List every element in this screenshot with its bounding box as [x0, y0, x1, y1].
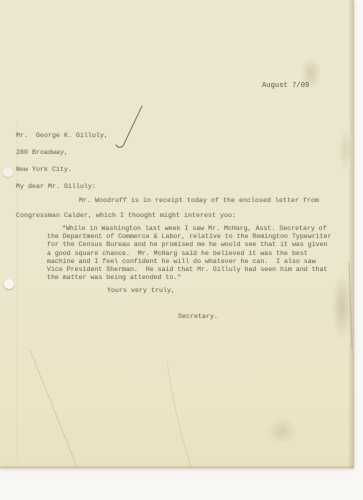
paper-stain: [260, 412, 304, 450]
letter-date: August 7/09: [262, 82, 309, 90]
closing-phrase: Yours very truly,: [107, 287, 175, 295]
quote-line: the matter was being attended to.": [47, 274, 347, 282]
quote-line: for the Census Bureau and he promised me…: [47, 241, 347, 249]
letter-paper-sheet: August 7/09 Mr. George K. Gilluly, 280 B…: [0, 0, 354, 468]
body-opening-line-2: Congressman Calder, which I thought migh…: [16, 212, 236, 220]
recipient-address-street: 280 Broadway,: [16, 149, 68, 157]
quote-line: a good square chance. Mr. McHarg said he…: [47, 250, 347, 258]
quote-line: "While in Washington last week I saw Mr.…: [47, 225, 347, 233]
quote-line: Vice President Sherman. He said that Mr.…: [47, 266, 347, 274]
checkmark-icon: [112, 100, 146, 152]
quote-line: machine and I feel confident he will do …: [47, 258, 347, 266]
paper-stain: [336, 120, 354, 180]
punch-hole: [3, 167, 13, 177]
recipient-name: Mr. George K. Gilluly,: [16, 132, 108, 140]
punch-hole: [4, 279, 14, 289]
quoted-enclosure-paragraph: "While in Washington last week I saw Mr.…: [47, 225, 347, 282]
salutation: My dear Mr. Gilluly:: [16, 183, 96, 191]
body-opening-line-1: Mr. Woodruff is in receipt today of the …: [79, 197, 319, 205]
recipient-address-city: New York City.: [16, 166, 72, 174]
scanned-letter-page: August 7/09 Mr. George K. Gilluly, 280 B…: [0, 0, 363, 500]
signature-title: Secretary.: [178, 313, 218, 321]
